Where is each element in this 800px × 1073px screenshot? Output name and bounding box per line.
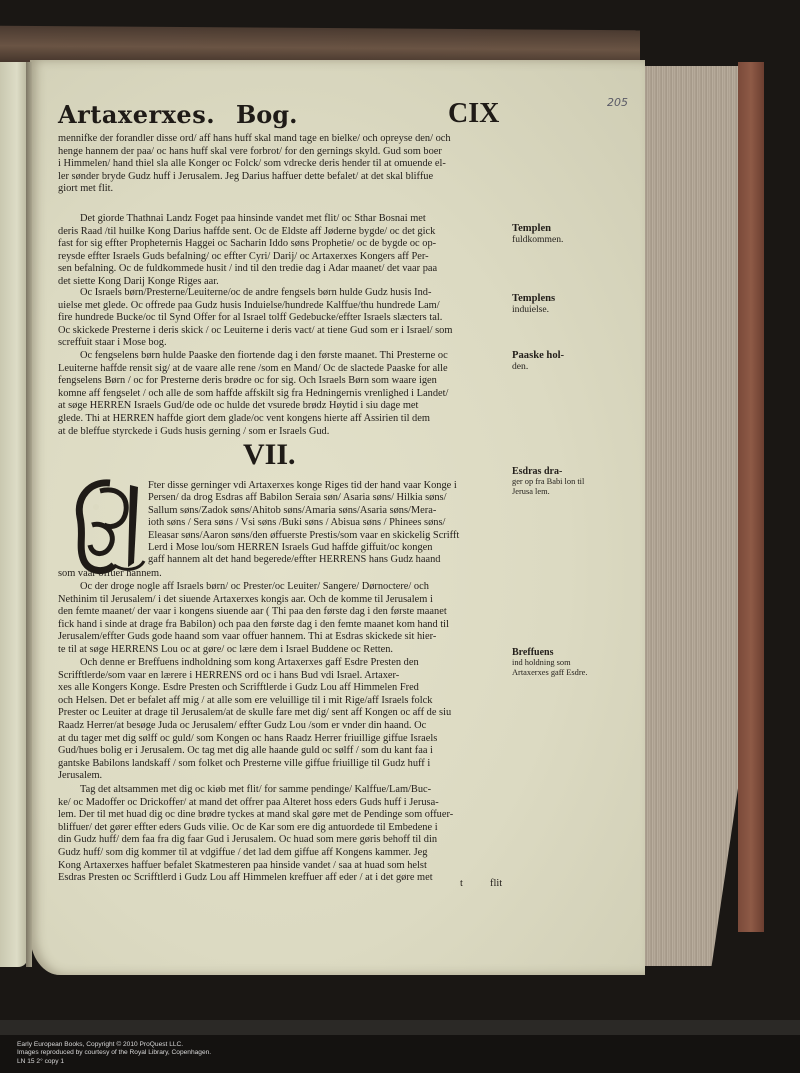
text-line: Gud/hues bolig er i Jerusalem. Oc tag me…	[58, 745, 510, 758]
text-line: te til at søge HERRENS Lou oc at gøre/ o…	[58, 644, 510, 657]
text-line: Sallum søns/Zadok søns/Ahitob søns/Amari…	[148, 505, 510, 517]
text-line: lem. Der til met huad dig oc dine brødre…	[58, 809, 510, 822]
marginal-note-text: fuldkommen.	[512, 234, 592, 245]
marginal-note-text: den.	[512, 361, 592, 372]
running-head-center: Bog.	[236, 100, 297, 129]
running-head: Artaxerxes. Bog. CIX	[58, 100, 508, 134]
text-line: Och denne er Breffuens indholdning som k…	[58, 657, 510, 670]
text-line: den femte maanet/ der vaar i kongens siu…	[58, 606, 510, 619]
text-line: Tag det altsammen met dig oc kiøb met fl…	[58, 784, 510, 797]
text-line: Scrifftlerde/som vaar en lærere i HERREN…	[58, 670, 510, 683]
text-block-4: Oc fengselens børn hulde Paaske den fior…	[58, 350, 510, 438]
marginal-note-1: Templen fuldkommen.	[512, 223, 592, 245]
text-line: Gudz huff/ som dig kommer til at vdgiffu…	[58, 847, 510, 860]
text-line: at de bleffue styrckede i Guds husis ger…	[58, 426, 510, 439]
marginal-note-head: Breffuens	[512, 648, 592, 658]
text-line: gaff hannem alt det hand begerede/effter…	[148, 554, 510, 566]
text-block-6: Och denne er Breffuens indholdning som k…	[58, 657, 510, 783]
text-line: deris Raad /til huilke Kong Darius haffd…	[58, 226, 510, 239]
text-line: gantske Babilons landskaff / som folket …	[58, 758, 510, 771]
footer-line-copyright: Early European Books, Copyright © 2010 P…	[17, 1041, 211, 1049]
text-block-1: mennifke der forandler disse ord/ aff ha…	[58, 133, 510, 196]
text-line: at du tager met dig sølff oc guld/ som K…	[58, 733, 510, 746]
text-line: reysde effter Israels Guds befalning/ oc…	[58, 251, 510, 264]
text-line: din Gudz huff/ dem faa fra dig faar Gud …	[58, 834, 510, 847]
text-line: Jerusalem/effter Guds gode haand som vaa…	[58, 631, 510, 644]
copyright-footer: Early European Books, Copyright © 2010 P…	[17, 1041, 211, 1066]
text-line: fire hundrede Bucke/oc til Synd Offer fo…	[58, 312, 510, 325]
marginal-note-2: Templens induielse.	[512, 293, 592, 315]
marginal-note-3: Paaske hol- den.	[512, 350, 592, 372]
marginal-note-5: Breffuens ind holdning som Artaxerxes ga…	[512, 648, 592, 678]
text-line: Oc skickede Presterne i deris skick / oc…	[58, 325, 510, 338]
marginal-note-head: Templen	[512, 223, 592, 234]
text-line: Jerusalem.	[58, 770, 510, 783]
chapter-number: VII.	[243, 438, 296, 472]
marginal-note-4: Esdras dra- ger op fra Babi lon til Jeru…	[512, 467, 592, 497]
scan-bottom-band	[0, 1020, 800, 1035]
text-line: xes alle Kongers Konge. Esdre Presten oc…	[58, 682, 510, 695]
text-line: Raadz Herrer/at besøge Juda oc Jerusalem…	[58, 720, 510, 733]
text-line: som vaar offuer hannem.	[58, 568, 510, 580]
text-block-7: Tag det altsammen met dig oc kiøb met fl…	[58, 784, 510, 885]
book-scan: Artaxerxes. Bog. CIX 205 mennifke der fo…	[0, 0, 800, 1035]
text-line: Nethinim til Jerusalem/ i det siuende Ar…	[58, 594, 510, 607]
text-line: Prester oc Leuiter at drage til Jerusale…	[58, 707, 510, 720]
catchword: flit	[490, 878, 502, 889]
marginal-note-head: Templens	[512, 293, 592, 304]
text-line: at søge HERREN Israels Gud/de ode oc hul…	[58, 400, 510, 413]
text-line: giort met flit.	[58, 183, 510, 196]
text-line: Lerd i Mose lou/som HERREN Israels Gud h…	[148, 542, 510, 554]
text-line: Eleasar søns/Aaron søns/den øffuerste Pr…	[148, 530, 510, 542]
text-line: Esdras Presten oc Scrifftlerd i Gudz Lou…	[58, 872, 510, 885]
text-line: henge hannem der paa/ oc hans huff skal …	[58, 146, 510, 159]
text-block-2: Det giorde Thathnai Landz Foget paa hins…	[58, 213, 510, 289]
text-line: mennifke der forandler disse ord/ aff ha…	[58, 133, 510, 146]
left-page-edge	[0, 62, 28, 967]
text-line: fast for sig effter Propheternis Haggei …	[58, 238, 510, 251]
running-head-book-name: Artaxerxes.	[58, 100, 215, 129]
text-line: komne aff fengselet / och alle de som ha…	[58, 388, 510, 401]
text-line: Oc der droge nogle aff Israels børn/ oc …	[58, 581, 510, 594]
text-line: i Himmelen/ hand thiel sla alle Konger o…	[58, 158, 510, 171]
text-line: Oc fengselens børn hulde Paaske den fior…	[58, 350, 510, 363]
text-line: bliffuer/ det gører effter eders Guds vi…	[58, 822, 510, 835]
text-line: ioth søns / Sera søns / Vsi søns /Buki s…	[148, 517, 510, 529]
text-line: Det giorde Thathnai Landz Foget paa hins…	[58, 213, 510, 226]
marginal-note-head: Paaske hol-	[512, 350, 592, 361]
text-line: Oc Israels børn/Presterne/Leuiterne/oc d…	[58, 287, 510, 300]
folio-number: CIX	[448, 98, 499, 130]
book-gutter	[26, 62, 32, 967]
text-line: ler sønder bryde Gudz huff i Jerusalem. …	[58, 171, 510, 184]
text-line: och Helsen. Det er befalet aff mig / at …	[58, 695, 510, 708]
marginal-note-head: Esdras dra-	[512, 467, 592, 477]
text-line: screffuit staar i Mose bog.	[58, 337, 510, 350]
decorated-initial-icon	[70, 477, 148, 577]
text-line: Leuiterne haffde rensit sig/ at de vaare…	[58, 363, 510, 376]
marginal-note-text: ind holdning som Artaxerxes gaff Esdre.	[512, 658, 592, 678]
text-block-3: Oc Israels børn/Presterne/Leuiterne/oc d…	[58, 287, 510, 350]
text-line: Persen/ da drog Esdras aff Babilon Serai…	[148, 492, 510, 504]
text-line: fengselens Børn / oc for Presterne deris…	[58, 375, 510, 388]
footer-line-courtesy: Images reproduced by courtesy of the Roy…	[17, 1049, 211, 1057]
text-line: sen befalning. Oc de fuldkommede husit /…	[58, 263, 510, 276]
text-line: ke/ oc Madoffer oc Drickoffer/ at mand d…	[58, 797, 510, 810]
signature-mark: t	[460, 878, 463, 889]
text-block-initial: Fter disse gerninger vdi Artaxerxes kong…	[148, 480, 510, 567]
text-block-5: Oc der droge nogle aff Israels børn/ oc …	[58, 581, 510, 657]
text-line: uielse met glede. Oc offrede paa Gudz hu…	[58, 300, 510, 313]
text-line: Kong Artaxerxes haffuer befalet Skatmest…	[58, 860, 510, 873]
text-line: Fter disse gerninger vdi Artaxerxes kong…	[148, 480, 510, 492]
text-line: glede. Thi at HERREN haffde giort dem gl…	[58, 413, 510, 426]
pencil-folio-number: 205	[607, 96, 628, 109]
marginal-note-text: induielse.	[512, 304, 592, 315]
footer-line-shelfmark: LN 15 2° copy 1	[17, 1058, 211, 1066]
text-line: fick hand i sinde at drage fra Babilon) …	[58, 619, 510, 632]
book-fore-edge	[643, 66, 741, 966]
marginal-note-text: ger op fra Babi lon til Jerusa lem.	[512, 477, 592, 497]
binding-board-edge	[738, 62, 764, 932]
